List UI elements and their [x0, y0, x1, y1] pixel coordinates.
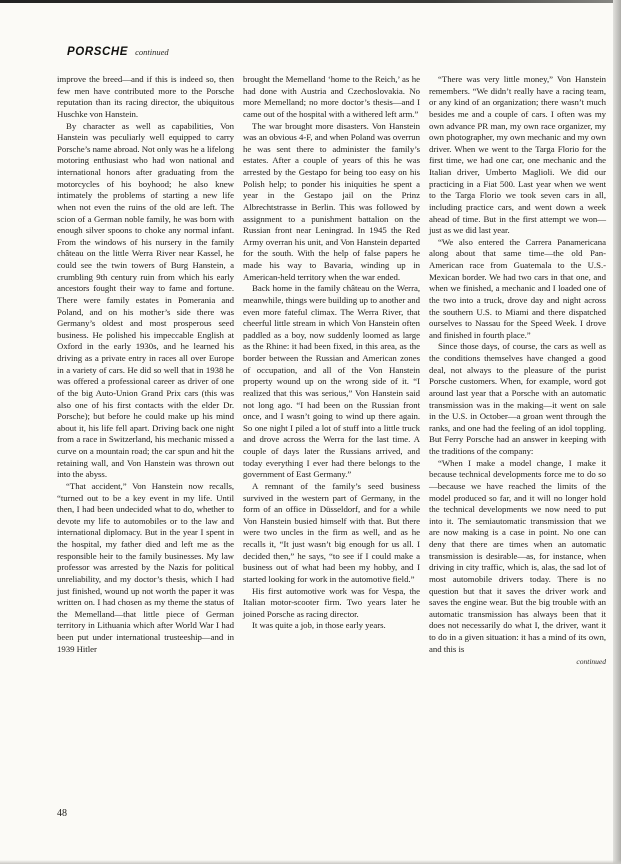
magazine-page: PORSCHEcontinued improve the breed—and i… — [0, 0, 621, 864]
page-header: PORSCHEcontinued — [67, 42, 169, 60]
paragraph: improve the breed—and if this is indeed … — [57, 74, 234, 121]
paragraph: Back home in the family château on the W… — [243, 283, 420, 481]
paragraph: Since those days, of course, the cars as… — [429, 341, 606, 457]
paragraph: “We also entered the Carrera Panamerican… — [429, 237, 606, 342]
paragraph: brought the Memelland ‘home to the Reich… — [243, 74, 420, 121]
paragraph: His first automotive work was for Vespa,… — [243, 586, 420, 621]
article-columns: improve the breed—and if this is indeed … — [57, 74, 606, 668]
scan-edge-right — [613, 0, 621, 864]
paragraph: The war brought more disasters. Von Hans… — [243, 121, 420, 284]
page-number: 48 — [57, 808, 67, 819]
paragraph: A remnant of the family’s seed business … — [243, 481, 420, 586]
article-title: PORSCHE — [67, 46, 128, 58]
column-2: brought the Memelland ‘home to the Reich… — [243, 74, 420, 632]
paragraph: It was quite a job, in those early years… — [243, 620, 420, 632]
column-1: improve the breed—and if this is indeed … — [57, 74, 234, 655]
paragraph: “There was very little money,” Von Hanst… — [429, 74, 606, 237]
paragraph: “That accident,” Von Hanstein now recall… — [57, 481, 234, 655]
footer-continued-label: continued — [429, 656, 606, 668]
header-continued-label: continued — [135, 47, 169, 57]
column-3: “There was very little money,” Von Hanst… — [429, 74, 606, 668]
paragraph: “When I make a model change, I make it b… — [429, 458, 606, 656]
scan-edge-bottom — [0, 860, 621, 864]
scan-edge-top — [0, 0, 621, 3]
paragraph: By character as well as capabilities, Vo… — [57, 121, 234, 481]
